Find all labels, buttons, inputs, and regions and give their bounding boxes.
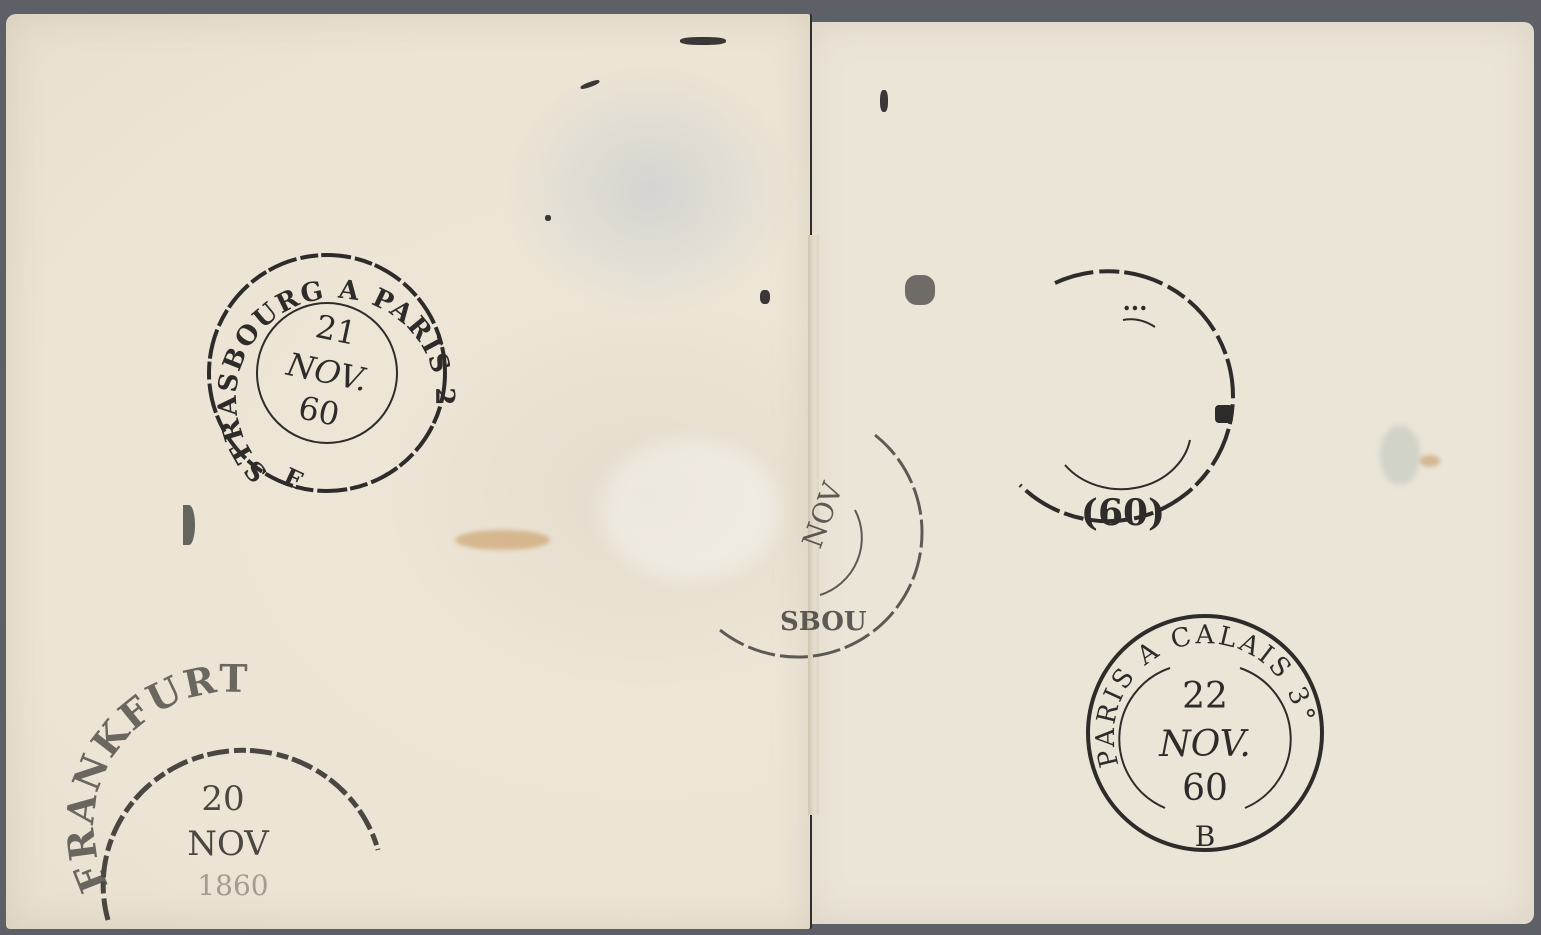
ink-mark: [183, 505, 195, 545]
paper-stain: [1380, 425, 1420, 485]
postmark-bottom-fragment: SBOU: [780, 607, 867, 637]
postmark-partial-60: ... (60): [1005, 255, 1270, 540]
postmark-paris-a-calais: PARIS A CALAIS 3° 22 NOV. 60 B: [1080, 608, 1330, 858]
postmark-month: NOV.: [282, 345, 370, 399]
postmark-day: 20: [201, 779, 244, 819]
postmark-day: 21: [312, 307, 360, 353]
ink-mark: [545, 215, 551, 221]
ink-mark: [680, 37, 726, 45]
paper-crease: [600, 440, 780, 580]
ink-mark: [905, 275, 935, 305]
postmark-month: NOV.: [1158, 724, 1251, 765]
postmark-year: 60: [1182, 768, 1228, 809]
paper-stain: [455, 530, 550, 550]
postmark-year: 60: [295, 388, 343, 434]
postmark-month: NOV: [187, 824, 270, 864]
ink-mark: [760, 290, 770, 304]
postmark-frankfurt: FRANKFURT 20 NOV 1860: [78, 670, 408, 935]
postmark-top-fragment: ...: [1122, 287, 1147, 316]
postmark-letter: B: [1195, 820, 1216, 853]
ink-mark: [880, 90, 888, 112]
postmark-day: 22: [1182, 676, 1228, 717]
paper-stain: [500, 60, 800, 320]
postmark-year: 1860: [197, 869, 268, 902]
postmark-month-fragment: NOV: [796, 477, 850, 552]
paper-stain: [1420, 455, 1440, 467]
postmark-year: (60): [1081, 492, 1165, 534]
postmark-strasbourg-a-paris: STRASBOURG A PARIS 2 E 21 NOV. 60: [200, 245, 455, 505]
